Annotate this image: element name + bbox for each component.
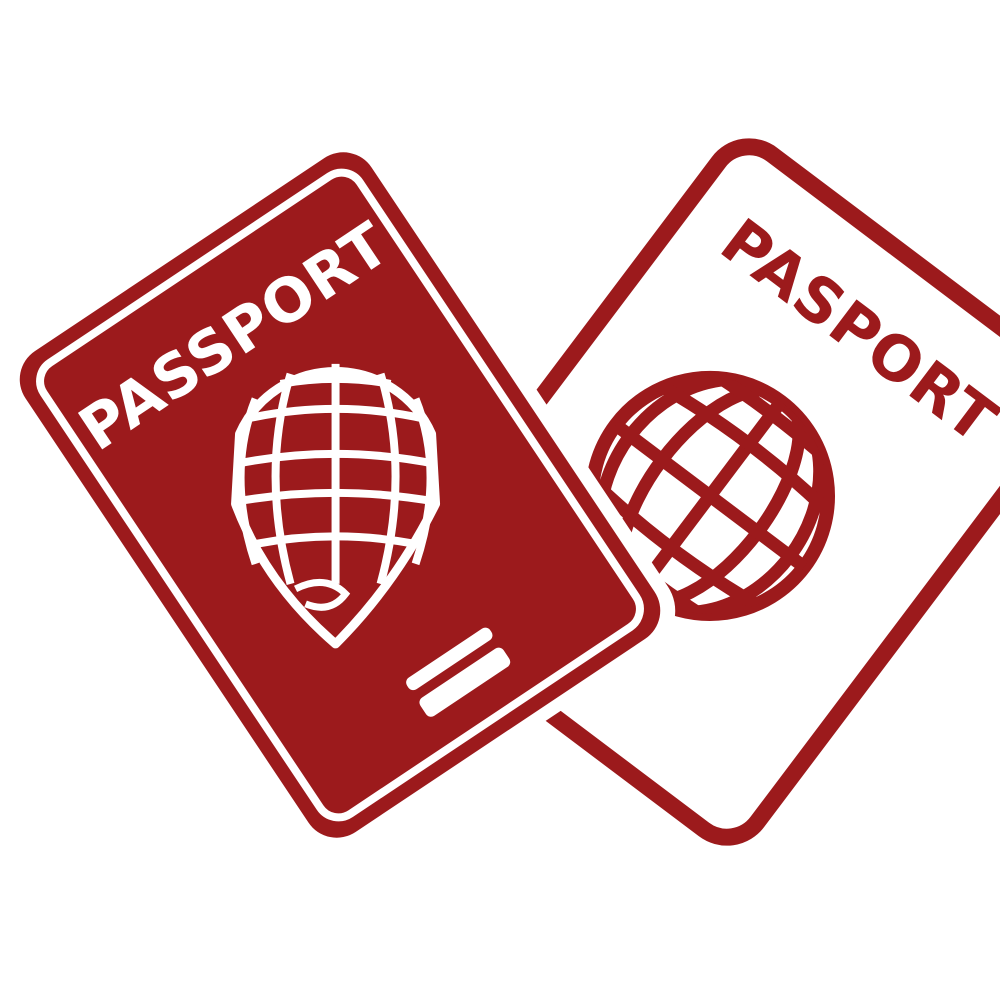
passports-illustration: PASPORT PASSPORT [0,0,1000,1000]
red-passport: PASSPORT [0,121,692,870]
